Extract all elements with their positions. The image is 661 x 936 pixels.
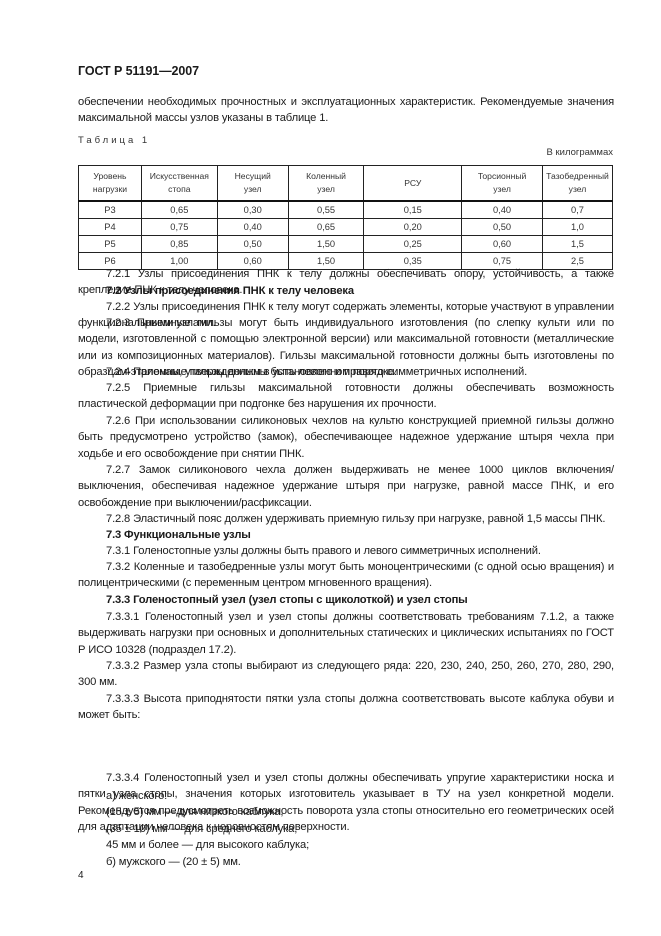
mass-table: УровеньнагрузкиИскусственнаястопаНесущий… [78, 165, 613, 270]
table-column-header: Несущийузел [217, 166, 288, 202]
paragraph-7-3-3-2: 7.3.3.2 Размер узла стопы выбирают из сл… [78, 658, 614, 691]
paragraph-7-2-8: 7.2.8 Эластичный пояс должен удерживать … [78, 511, 614, 527]
table-cell: Р3 [79, 201, 142, 219]
paragraph-7-2-6: 7.2.6 При использовании силиконовых чехл… [78, 413, 614, 462]
section-7-3-title: 7.3 Функциональные узлы [78, 527, 614, 543]
table-column-header: Торсионныйузел [462, 166, 543, 202]
table-cell: 0,20 [364, 219, 462, 236]
table-column-header: Искусственнаястопа [141, 166, 217, 202]
table-cell: 0,55 [288, 201, 364, 219]
table-cell: 0,50 [462, 219, 543, 236]
page-number: 4 [78, 870, 84, 881]
table-column-header: Уровеньнагрузки [79, 166, 142, 202]
table-cell: 0,75 [141, 219, 217, 236]
table-cell: 1,50 [288, 236, 364, 253]
paragraph-7-2-4: 7.2.4 Приемные гильзы должны быть левого… [78, 364, 614, 380]
paragraph-7-3-3-3: 7.3.3.3 Высота приподнятости пятки узла … [78, 691, 614, 724]
table-caption: Таблица 1 [78, 135, 150, 146]
document-header: ГОСТ Р 51191—2007 [78, 64, 199, 78]
section-7-3-3-title: 7.3.3 Голеностопный узел (узел стопы с щ… [78, 592, 614, 608]
table-cell: 1,0 [542, 219, 612, 236]
paragraph-7-3-2: 7.3.2 Коленные и тазобедренные узлы могу… [78, 559, 614, 592]
table-row: Р50,850,501,500,250,601,5 [79, 236, 613, 253]
table-header-row: УровеньнагрузкиИскусственнаястопаНесущий… [79, 166, 613, 202]
table-cell: 0,25 [364, 236, 462, 253]
table-column-header: Коленныйузел [288, 166, 364, 202]
intro-paragraph: обеспечении необходимых прочностных и эк… [78, 94, 614, 127]
table-cell: Р5 [79, 236, 142, 253]
list-item: 45 мм и более — для высокого каблука; [106, 837, 614, 853]
table-row: Р40,750,400,650,200,501,0 [79, 219, 613, 236]
document-page: ГОСТ Р 51191—2007 обеспечении необходимы… [0, 0, 661, 936]
table-cell: 0,30 [217, 201, 288, 219]
paragraph-7-2-5: 7.2.5 Приемные гильзы максимальной готов… [78, 380, 614, 413]
table-body: Р30,650,300,550,150,400,7Р40,750,400,650… [79, 201, 613, 270]
paragraph-7-3-3-1: 7.3.3.1 Голеностопный узел и узел стопы … [78, 609, 614, 658]
paragraph-7-3-3-4: 7.3.3.4 Голеностопный узел и узел стопы … [78, 770, 614, 836]
table-cell: Р4 [79, 219, 142, 236]
list-item: б) мужского — (20 ± 5) мм. [106, 854, 614, 870]
paragraph-7-3-1: 7.3.1 Голеностопные узлы должны быть пра… [78, 543, 614, 559]
paragraph-7-2-1: 7.2.1 Узлы присоединения ПНК к телу долж… [78, 266, 614, 299]
table-cell: 0,40 [217, 219, 288, 236]
table-cell: 0,60 [462, 236, 543, 253]
table-row: Р30,650,300,550,150,400,7 [79, 201, 613, 219]
table-cell: 0,7 [542, 201, 612, 219]
table-units: В килограммах [547, 147, 614, 158]
table-cell: 0,50 [217, 236, 288, 253]
table-column-header: Тазобедренныйузел [542, 166, 612, 202]
table-cell: 0,65 [288, 219, 364, 236]
paragraph-7-2-7: 7.2.7 Замок силиконового чехла должен вы… [78, 462, 614, 511]
table-cell: 0,40 [462, 201, 543, 219]
table-cell: 1,5 [542, 236, 612, 253]
table-cell: 0,15 [364, 201, 462, 219]
table-cell: 0,85 [141, 236, 217, 253]
table-cell: 0,65 [141, 201, 217, 219]
table-column-header: РСУ [364, 166, 462, 202]
